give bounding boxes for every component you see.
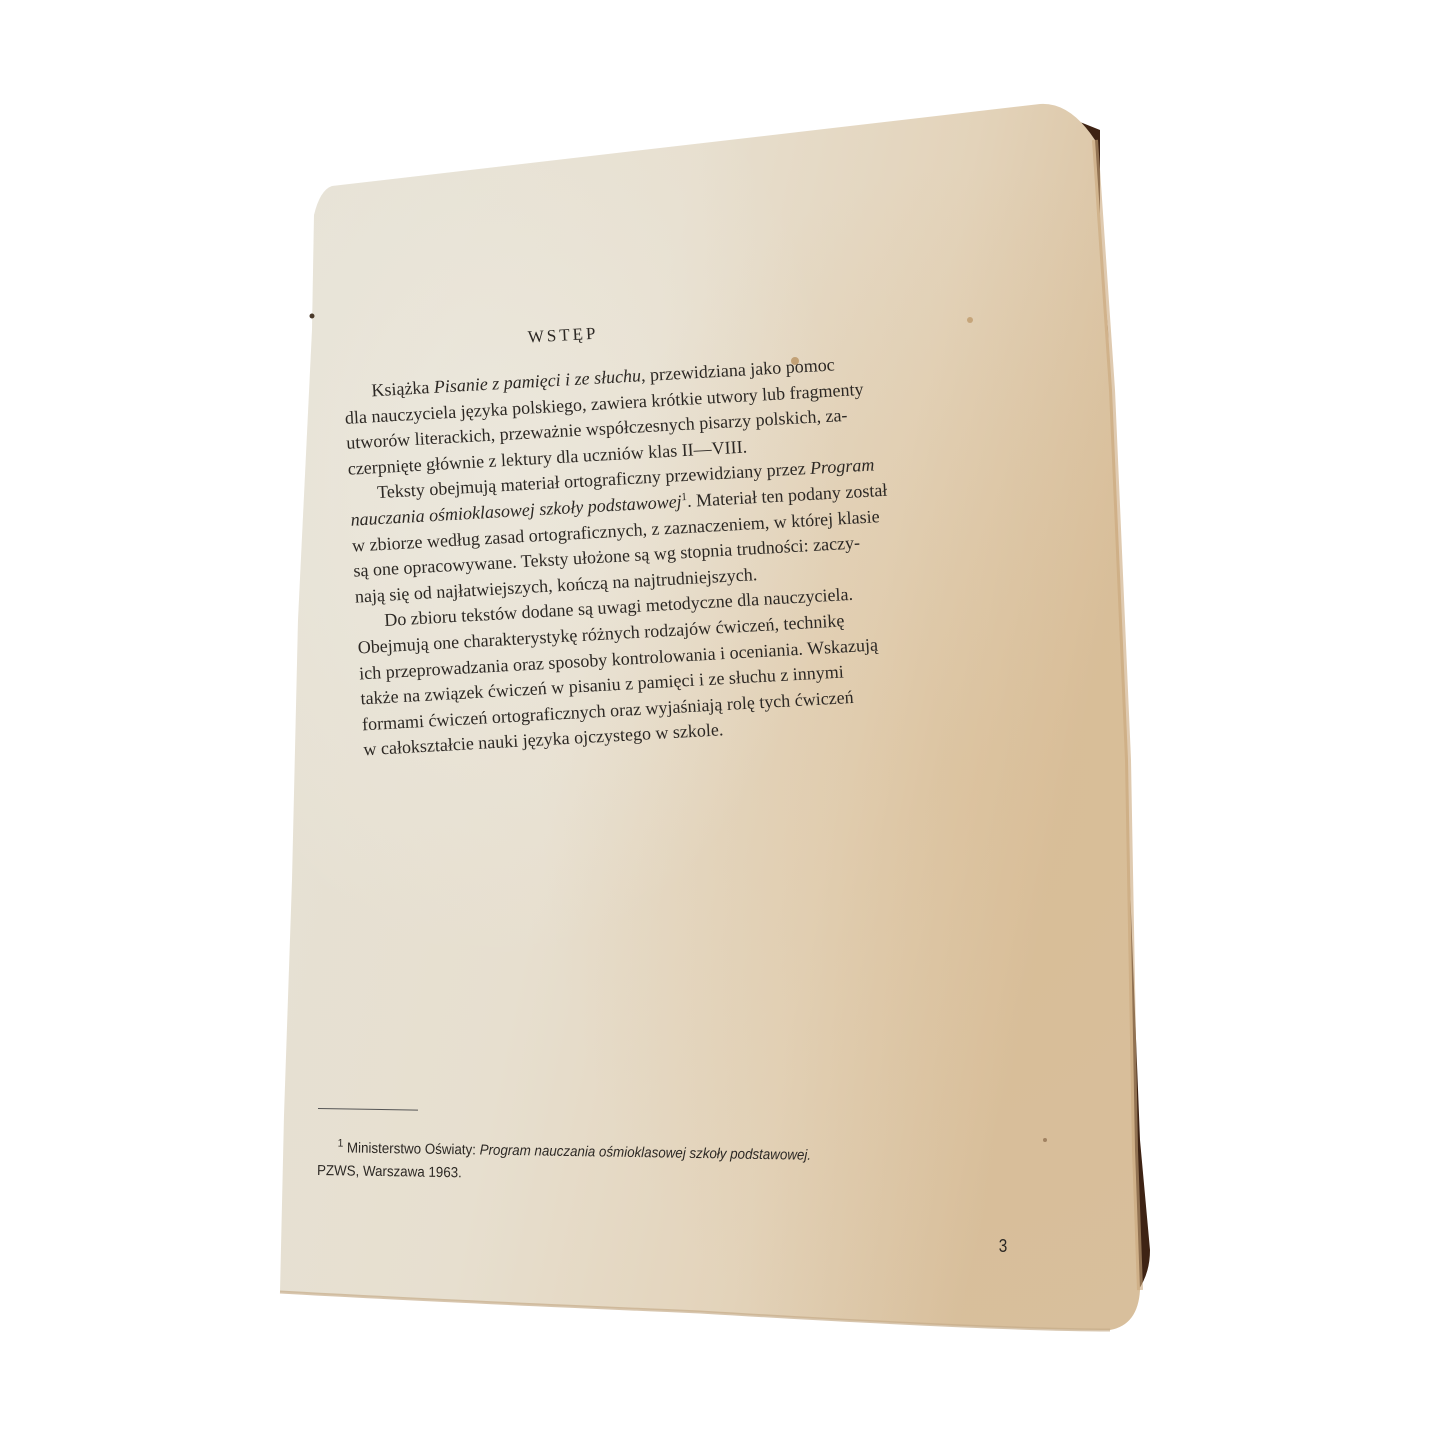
body-paragraphs: Książka Pisanie z pamięci i ze słuchu, p…: [343, 355, 809, 763]
paragraph: Teksty obejmują materiał ortograficzny p…: [349, 457, 800, 610]
footnote-marker: 1: [338, 1137, 344, 1149]
footnote-block: 1 Ministerstwo Oświaty: Program nauczani…: [317, 1108, 1018, 1194]
paragraph: Do zbioru tekstów dodane są uwagi metody…: [356, 585, 809, 763]
book-photo: WSTĘP Książka Pisanie z pamięci i ze słu…: [0, 0, 1440, 1440]
footnote-rule: [318, 1108, 418, 1111]
page-number: 3: [999, 1236, 1008, 1257]
text-run: Książka: [371, 377, 435, 400]
page-text: WSTĘP Książka Pisanie z pamięci i ze słu…: [340, 291, 1053, 763]
italic-title: Program: [809, 455, 874, 479]
footnote-author: Ministerstwo Oświaty:: [347, 1140, 476, 1158]
footnote-title: Program nauczania ośmioklasowej szkoły p…: [480, 1143, 812, 1164]
